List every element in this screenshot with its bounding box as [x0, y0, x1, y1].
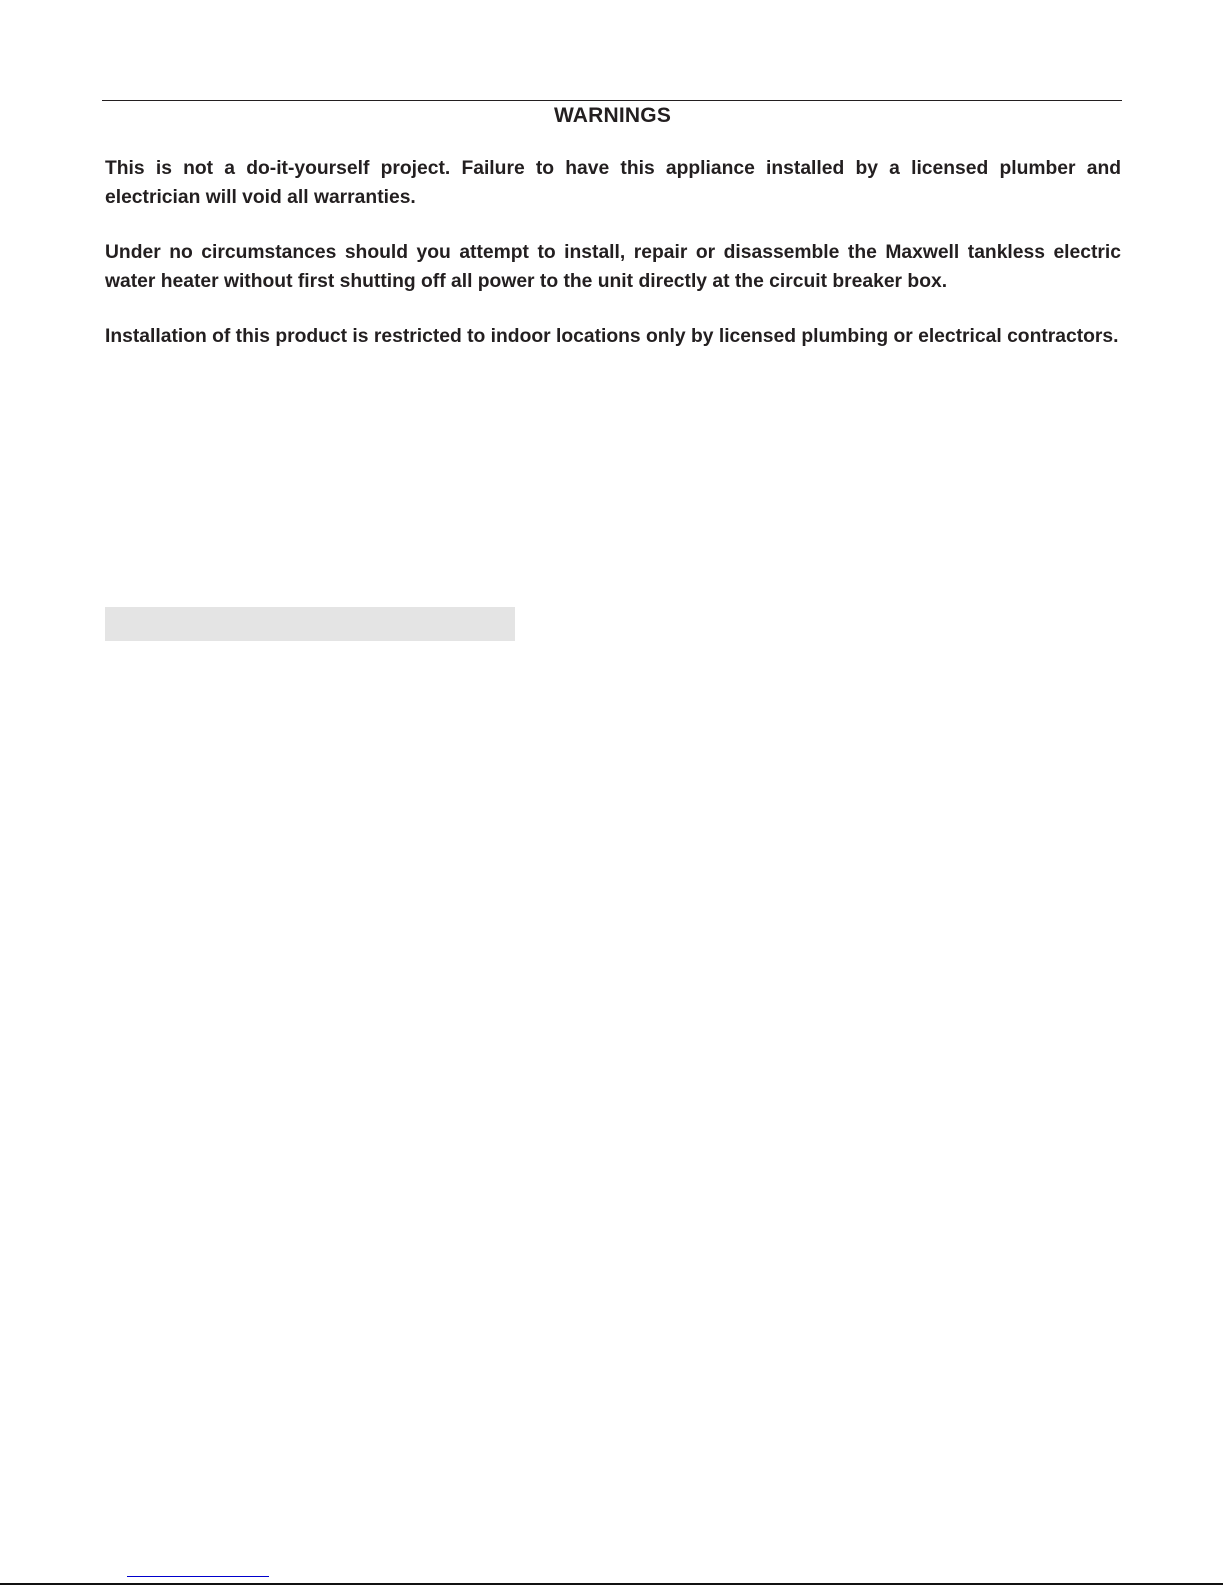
top-divider — [102, 100, 1122, 101]
page-title: WARNINGS — [0, 103, 1225, 129]
warning-paragraph-diy: This is not a do-it-yourself project. Fa… — [105, 154, 1121, 212]
footer-link[interactable] — [127, 1560, 269, 1577]
warning-paragraph-power-off: Under no circumstances should you attemp… — [105, 238, 1121, 296]
warning-paragraph-indoor-only: Installation of this product is restrict… — [105, 322, 1121, 351]
highlight-bar — [105, 607, 515, 641]
warnings-section: This is not a do-it-yourself project. Fa… — [105, 154, 1121, 377]
